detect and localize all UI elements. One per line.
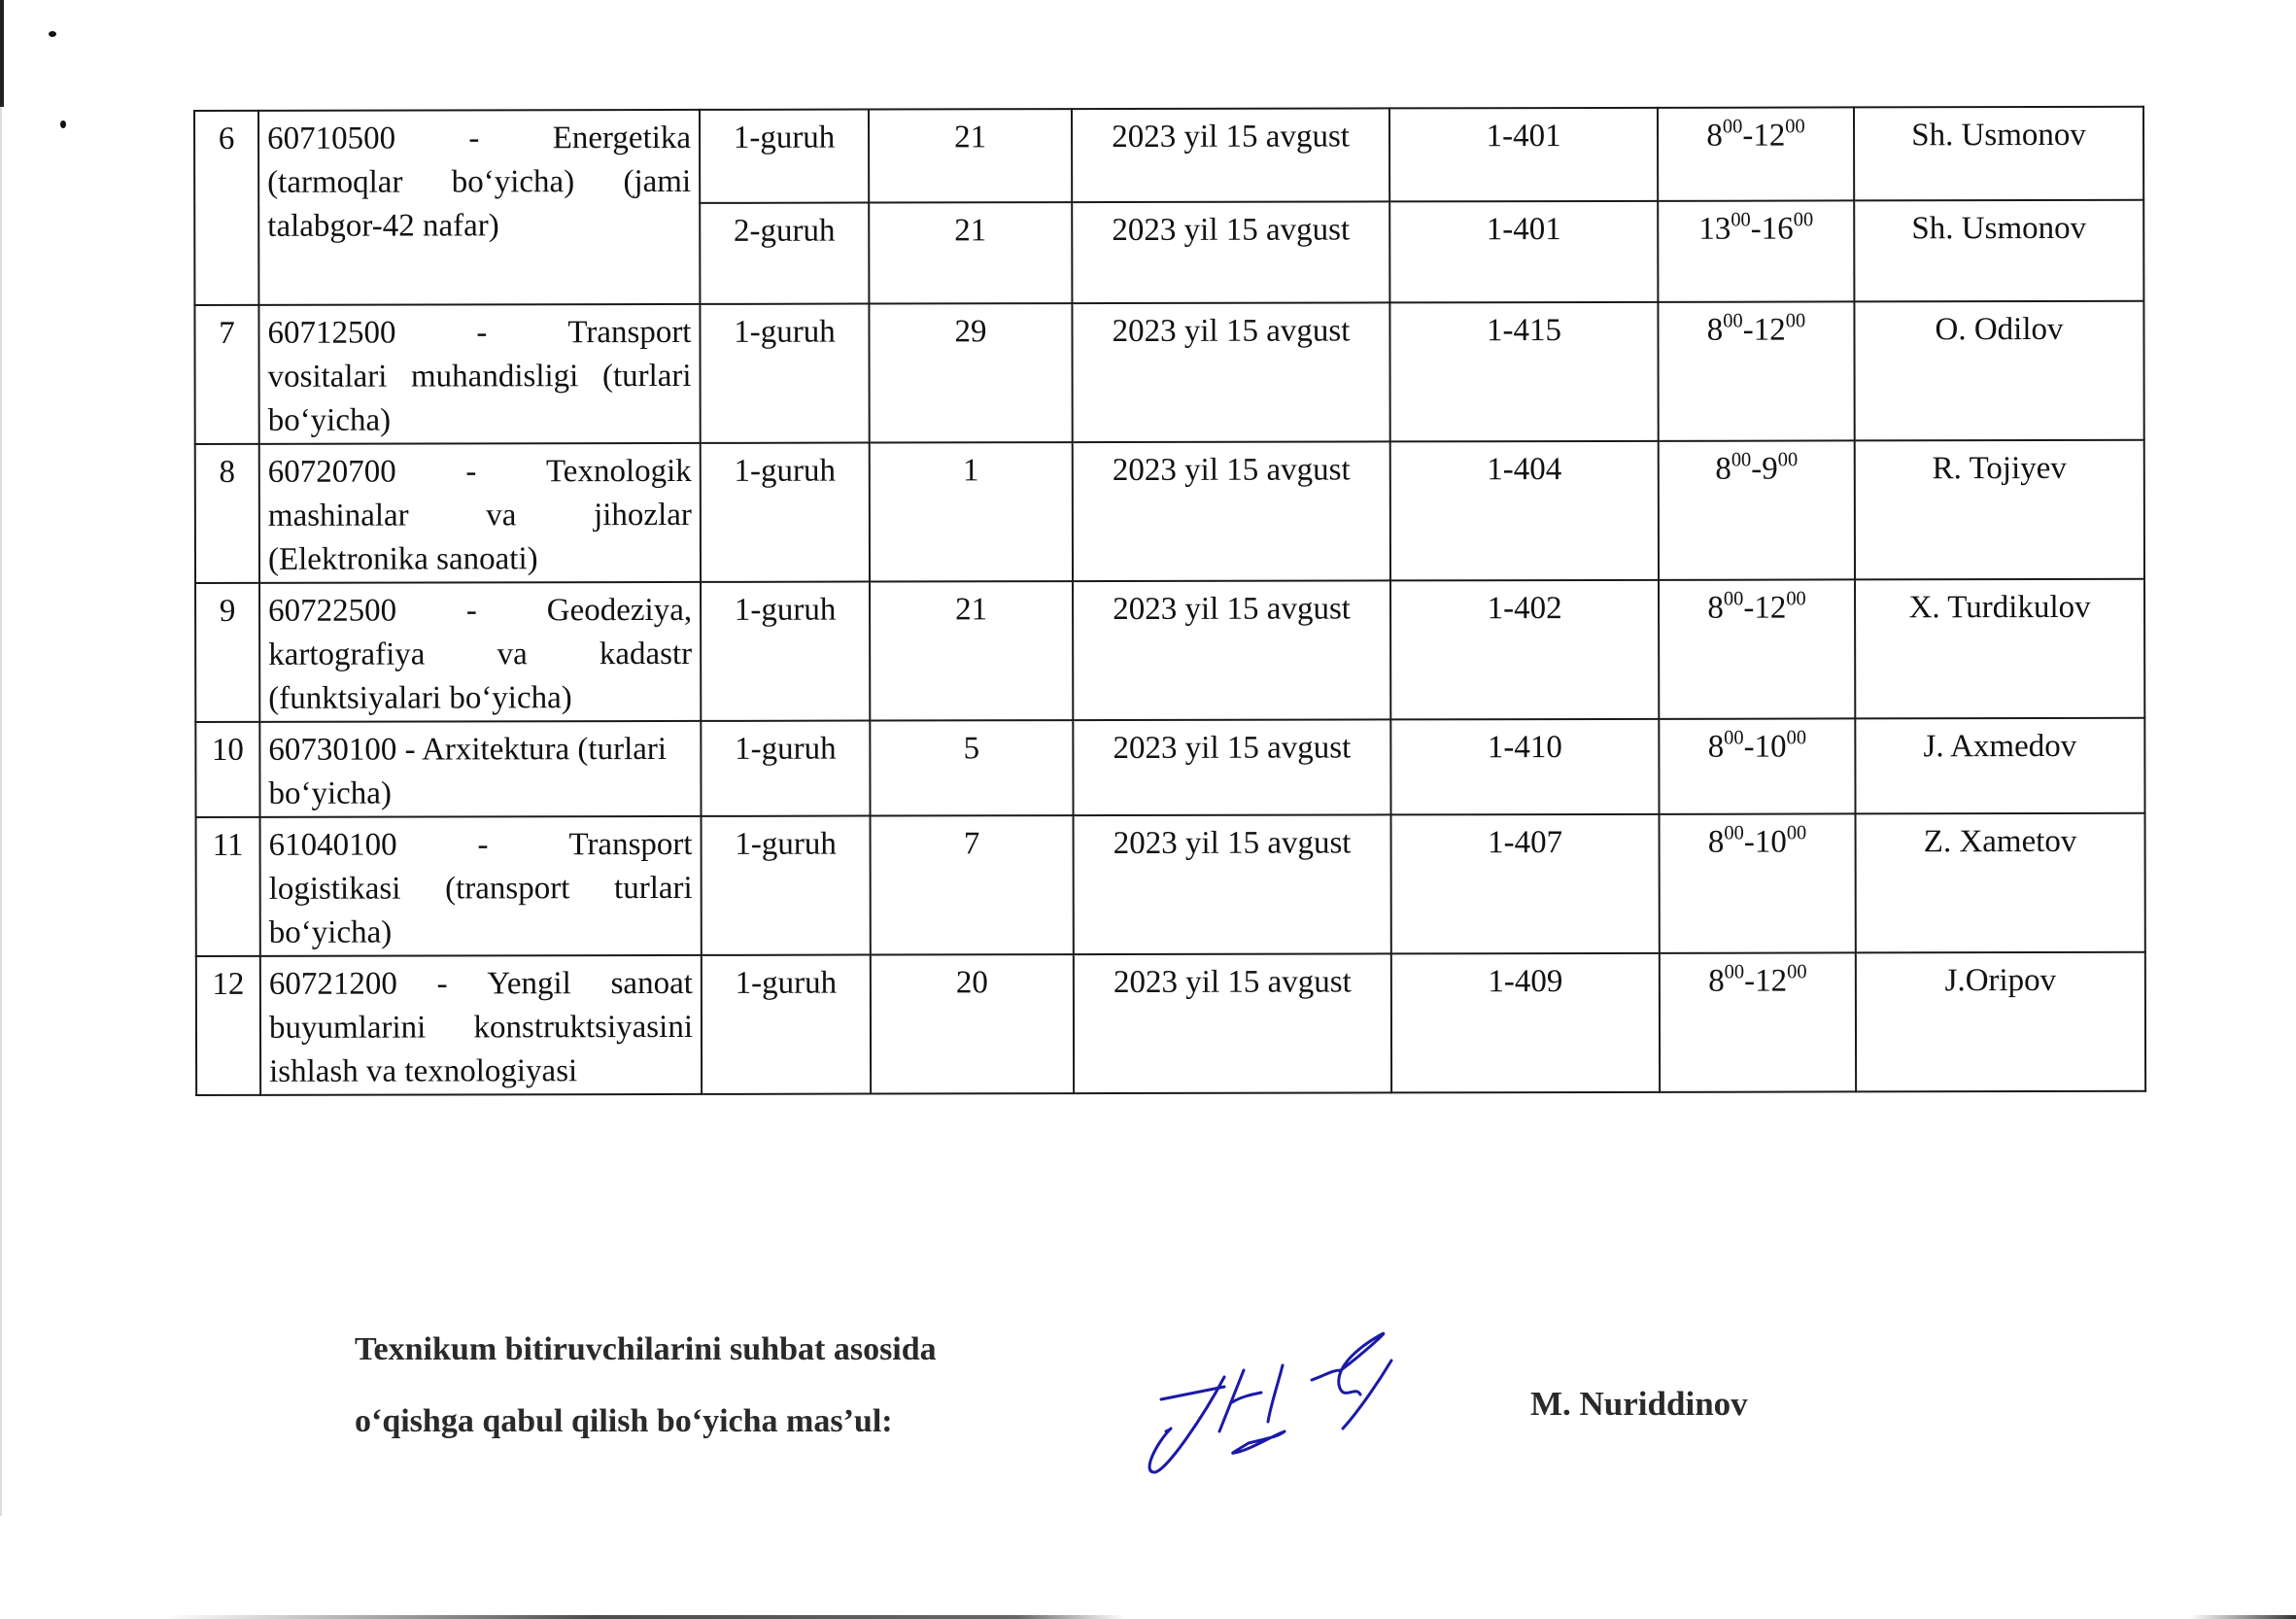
time-hour: 12 xyxy=(1754,591,1786,626)
group-name: 1-guruh xyxy=(701,443,870,582)
responsible-teacher: Sh. Usmonov xyxy=(1854,107,2143,201)
word: 60722500 xyxy=(268,590,396,634)
specialty-name-line: logistikasi(transportturlari xyxy=(269,867,693,912)
time-minutes: 00 xyxy=(1731,209,1750,230)
time-minutes: 00 xyxy=(1723,116,1742,137)
scan-edge xyxy=(0,107,2,1516)
room-number: 1-401 xyxy=(1389,201,1658,303)
interview-date: 2023 yil 15 avgust xyxy=(1074,814,1391,954)
word: - xyxy=(466,589,477,633)
word: 60720700 xyxy=(268,451,396,495)
time-separator: - xyxy=(1751,212,1762,247)
specialty-name: 61040100-Transportlogistikasi(transportt… xyxy=(260,816,702,956)
word: bo‘yicha) xyxy=(268,776,392,811)
time-separator: - xyxy=(1744,825,1755,860)
time-minutes: 00 xyxy=(1724,588,1743,609)
responsible-teacher: R. Tojiyev xyxy=(1855,440,2144,580)
word: Transport xyxy=(568,823,692,867)
responsible-teacher: Sh. Usmonov xyxy=(1854,200,2143,302)
specialty-name-line: 60722500-Geodeziya, xyxy=(268,589,692,634)
time-minutes: 00 xyxy=(1787,961,1806,982)
word: (funktsiyalari bo‘yicha) xyxy=(268,680,572,716)
word: (tarmoqlar xyxy=(267,161,402,205)
scan-edge-bottom xyxy=(165,1615,2296,1619)
group-name: 1-guruh xyxy=(701,582,870,721)
specialty-name: 60730100 - Arxitektura (turlaribo‘yicha) xyxy=(259,721,701,817)
time-minutes: 00 xyxy=(1778,449,1798,470)
word: logistikasi xyxy=(269,868,401,912)
word: - xyxy=(477,823,488,867)
student-count: 7 xyxy=(871,815,1074,954)
time-hour: 16 xyxy=(1762,212,1794,247)
time-minutes: 00 xyxy=(1724,822,1743,844)
specialty-name-line: bo‘yicha) xyxy=(268,398,692,443)
specialty-name-line: 61040100-Transport xyxy=(269,823,693,868)
table-row: 760712500-Transportvositalarimuhandislig… xyxy=(194,301,2143,444)
interview-date: 2023 yil 15 avgust xyxy=(1072,201,1389,303)
word: turlari xyxy=(614,867,693,911)
interview-date: 2023 yil 15 avgust xyxy=(1073,719,1390,815)
interview-time: 1300-1600 xyxy=(1658,200,1854,301)
student-count: 29 xyxy=(869,303,1072,442)
interview-time: 800-1200 xyxy=(1658,107,1854,200)
room-number: 1-409 xyxy=(1391,953,1660,1093)
word: konstruktsiyasini xyxy=(473,1006,693,1050)
word: Texnologik xyxy=(546,450,692,494)
scan-speck xyxy=(49,31,56,37)
group-name: 1-guruh xyxy=(700,110,869,203)
word: (Elektronika sanoati) xyxy=(268,541,538,577)
table-row: 1260721200-Yengilsanoatbuyumlarinikonstr… xyxy=(196,952,2145,1095)
time-minutes: 00 xyxy=(1786,310,1805,331)
room-number: 1-401 xyxy=(1389,108,1658,202)
interview-time: 800-1200 xyxy=(1659,579,1855,718)
interview-date: 2023 yil 15 avgust xyxy=(1072,108,1389,202)
time-hour: 12 xyxy=(1754,313,1786,348)
word: - xyxy=(468,117,479,160)
time-minutes: 00 xyxy=(1731,449,1751,470)
time-minutes: 00 xyxy=(1786,588,1805,609)
word: bo‘yicha) xyxy=(269,915,393,950)
room-number: 1-402 xyxy=(1390,580,1659,720)
time-hour: 9 xyxy=(1762,452,1778,487)
student-count: 20 xyxy=(871,954,1074,1093)
time-separator: - xyxy=(1742,119,1753,154)
word: buyumlarini xyxy=(269,1007,426,1051)
word: bo‘yicha) xyxy=(268,403,392,438)
word: jihozlar xyxy=(594,494,692,537)
footer-responsible-label: Texnikum bitiruvchilarini suhbat asosida… xyxy=(355,1314,937,1458)
table-row: 1060730100 - Arxitektura (turlaribo‘yich… xyxy=(195,718,2144,817)
word: sanoat xyxy=(611,962,693,1006)
specialty-name: 60710500-Energetika(tarmoqlarbo‘yicha)(j… xyxy=(258,110,700,305)
time-minutes: 00 xyxy=(1785,116,1804,137)
row-number: 11 xyxy=(196,817,260,956)
specialty-name-line: buyumlarinikonstruktsiyasini xyxy=(269,1006,693,1051)
interview-time: 800-1200 xyxy=(1658,301,1854,440)
time-hour: 13 xyxy=(1698,212,1731,247)
table-row: 860720700-Texnologikmashinalarvajihozlar… xyxy=(195,440,2144,583)
responsible-teacher: O. Odilov xyxy=(1854,301,2143,441)
time-hour: 10 xyxy=(1755,825,1787,860)
word: muhandisligi xyxy=(411,355,578,398)
row-number: 6 xyxy=(194,111,258,305)
time-hour: 8 xyxy=(1708,964,1725,999)
word: mashinalar xyxy=(268,495,409,538)
row-number: 10 xyxy=(195,722,259,817)
footer-line-2: o‘qishga qabul qilish bo‘yicha mas’ul: xyxy=(355,1386,937,1458)
word: va xyxy=(486,494,516,537)
scan-speck xyxy=(60,121,66,128)
room-number: 1-415 xyxy=(1389,302,1658,442)
responsible-teacher: X. Turdikulov xyxy=(1855,579,2144,719)
word: 60721200 xyxy=(269,963,397,1007)
time-hour: 8 xyxy=(1715,452,1731,487)
time-minutes: 00 xyxy=(1723,310,1742,331)
time-hour: 12 xyxy=(1753,119,1785,154)
time-minutes: 00 xyxy=(1787,727,1806,748)
word: (jami xyxy=(623,160,691,204)
word: Geodeziya, xyxy=(547,589,692,633)
student-count: 1 xyxy=(870,442,1073,581)
word: Transport xyxy=(567,311,691,355)
row-number: 8 xyxy=(195,444,259,583)
responsible-teacher: J. Axmedov xyxy=(1855,718,2144,814)
student-count: 5 xyxy=(870,720,1073,815)
interview-date: 2023 yil 15 avgust xyxy=(1073,441,1390,581)
word: (transport xyxy=(445,867,569,911)
interview-time: 800-1000 xyxy=(1659,718,1855,813)
specialty-name-line: 60720700-Texnologik xyxy=(268,450,692,495)
interview-date: 2023 yil 15 avgust xyxy=(1074,953,1391,1093)
student-count: 21 xyxy=(869,202,1072,303)
word: talabgor-42 nafar) xyxy=(267,208,499,243)
word: - xyxy=(437,962,448,1006)
specialty-name-line: 60721200-Yengilsanoat xyxy=(269,962,693,1007)
responsible-teacher: J.Oripov xyxy=(1856,952,2145,1092)
room-number: 1-410 xyxy=(1390,719,1659,815)
specialty-name-line: (tarmoqlarbo‘yicha)(jami xyxy=(267,160,691,205)
group-name: 1-guruh xyxy=(702,816,871,955)
interview-schedule-table: 660710500-Energetika(tarmoqlarbo‘yicha)(… xyxy=(193,106,2146,1096)
time-hour: 8 xyxy=(1706,119,1723,154)
specialty-name-line: (funktsiyalari bo‘yicha) xyxy=(268,676,692,721)
word: - xyxy=(465,450,476,494)
time-minutes: 00 xyxy=(1787,822,1806,844)
specialty-name: 60720700-Texnologikmashinalarvajihozlar(… xyxy=(259,443,701,583)
word: ishlash va texnologiyasi xyxy=(269,1053,577,1089)
interview-time: 800-1200 xyxy=(1660,952,1856,1091)
specialty-name-line: mashinalarvajihozlar xyxy=(268,494,692,538)
signer-name: M. Nuriddinov xyxy=(1530,1385,1748,1424)
group-name: 2-guruh xyxy=(700,203,869,304)
time-hour: 8 xyxy=(1708,730,1725,765)
student-count: 21 xyxy=(870,581,1073,720)
interview-time: 800-900 xyxy=(1659,440,1855,579)
footer-line-1: Texnikum bitiruvchilarini suhbat asosida xyxy=(355,1314,937,1386)
time-hour: 8 xyxy=(1707,591,1724,626)
time-minutes: 00 xyxy=(1794,209,1813,230)
word: 60730100 - Arxitektura (turlari xyxy=(268,732,667,768)
specialty-name-line: bo‘yicha) xyxy=(268,772,692,816)
row-number: 9 xyxy=(195,583,259,722)
scan-edge xyxy=(0,0,4,107)
word: kadastr xyxy=(600,633,692,676)
table-row: 960722500-Geodeziya,kartografiyavakadast… xyxy=(195,579,2144,722)
time-minutes: 00 xyxy=(1724,727,1743,748)
group-name: 1-guruh xyxy=(701,721,870,816)
word: 61040100 xyxy=(269,824,397,868)
specialty-name: 60721200-Yengilsanoatbuyumlarinikonstruk… xyxy=(260,955,702,1095)
word: Energetika xyxy=(553,117,691,160)
specialty-name-line: 60710500-Energetika xyxy=(267,117,691,161)
time-separator: - xyxy=(1744,730,1755,765)
time-minutes: 00 xyxy=(1725,961,1744,982)
specialty-name-line: kartografiyavakadastr xyxy=(268,633,692,677)
group-name: 1-guruh xyxy=(700,304,869,443)
specialty-name: 60712500-Transportvositalarimuhandisligi… xyxy=(258,304,700,444)
responsible-teacher: Z. Xametov xyxy=(1856,813,2145,953)
time-hour: 12 xyxy=(1755,964,1787,999)
word: va xyxy=(497,633,528,676)
group-name: 1-guruh xyxy=(702,955,871,1094)
handwritten-signature xyxy=(1127,1317,1409,1492)
interview-date: 2023 yil 15 avgust xyxy=(1072,302,1389,442)
word: 60710500 xyxy=(267,118,395,161)
specialty-name-line: 60730100 - Arxitektura (turlari xyxy=(268,728,692,773)
specialty-name-line: talabgor-42 nafar) xyxy=(267,204,691,249)
row-number: 12 xyxy=(196,956,260,1095)
specialty-name-line: ishlash va texnologiyasi xyxy=(269,1050,693,1094)
word: vositalari xyxy=(268,356,388,399)
word: (turlari xyxy=(602,355,692,398)
specialty-name-line: vositalarimuhandisligi(turlari xyxy=(268,355,692,399)
time-separator: - xyxy=(1743,591,1754,626)
room-number: 1-407 xyxy=(1391,814,1660,954)
row-number: 7 xyxy=(194,305,258,444)
specialty-name: 60722500-Geodeziya,kartografiyavakadastr… xyxy=(259,582,701,722)
word: 60712500 xyxy=(267,312,395,356)
time-hour: 10 xyxy=(1755,730,1787,765)
interview-time: 800-1000 xyxy=(1660,813,1856,952)
word: Yengil xyxy=(487,962,571,1006)
word: - xyxy=(476,311,487,355)
specialty-name-line: 60712500-Transport xyxy=(267,311,691,356)
word: kartografiya xyxy=(268,634,425,677)
time-separator: - xyxy=(1743,313,1754,348)
student-count: 21 xyxy=(869,109,1072,202)
time-hour: 8 xyxy=(1707,313,1724,348)
specialty-name-line: bo‘yicha) xyxy=(269,911,693,955)
interview-date: 2023 yil 15 avgust xyxy=(1073,580,1390,720)
time-hour: 8 xyxy=(1708,825,1725,860)
specialty-name-line: (Elektronika sanoati) xyxy=(268,537,692,582)
time-separator: - xyxy=(1744,964,1755,999)
table-row: 1161040100-Transportlogistikasi(transpor… xyxy=(196,813,2145,956)
table-row: 660710500-Energetika(tarmoqlarbo‘yicha)(… xyxy=(194,107,2143,204)
word: bo‘yicha) xyxy=(452,160,575,204)
room-number: 1-404 xyxy=(1390,441,1659,581)
time-separator: - xyxy=(1751,452,1762,487)
